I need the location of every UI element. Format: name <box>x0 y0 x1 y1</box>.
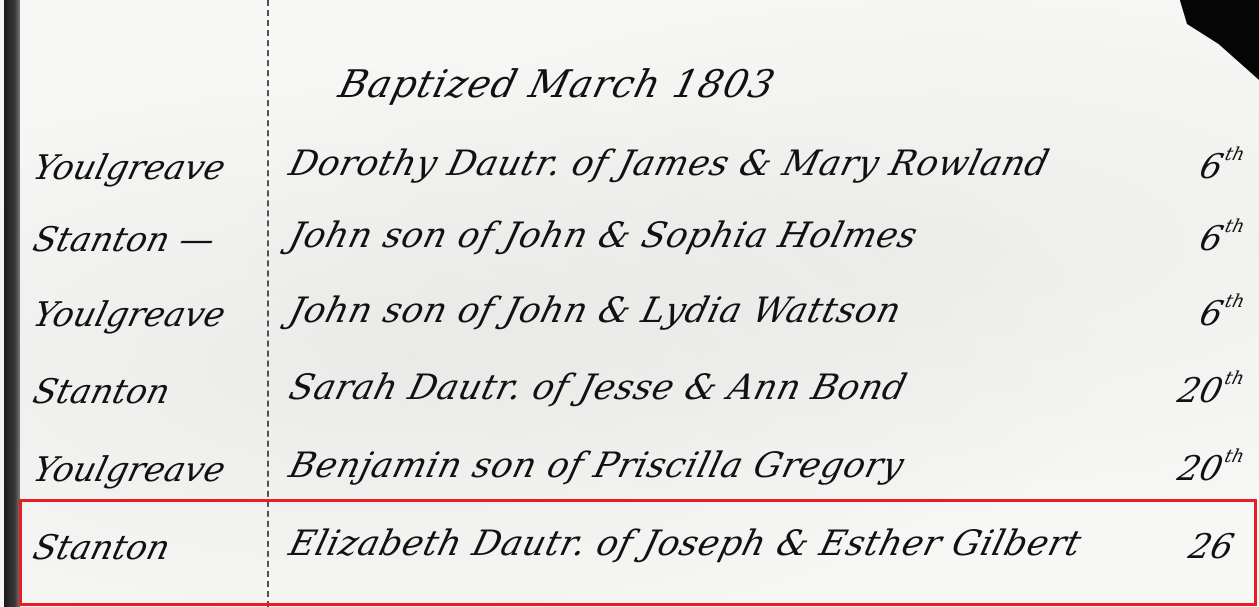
day-number: 20 <box>1174 371 1227 411</box>
entry-record: John son of John & Sophia Holmes <box>285 216 922 256</box>
day-suffix: th <box>1222 368 1246 389</box>
entry-place: Stanton <box>29 528 174 568</box>
entry-place: Youlgreave <box>29 148 229 188</box>
entry-place: Stanton — <box>29 220 219 260</box>
entry-record: Benjamin son of Priscilla Gregory <box>285 446 908 486</box>
entry-day: 6th <box>1195 144 1246 187</box>
entry-day: 20th <box>1174 368 1247 411</box>
entry-day: 6th <box>1195 291 1246 334</box>
entry-place: Stanton <box>29 372 174 412</box>
entry-row: Youlgreave John son of John & Lydia Watt… <box>0 285 1259 357</box>
entry-row: Youlgreave Benjamin son of Priscilla Gre… <box>0 440 1259 512</box>
entry-day: 20th <box>1174 446 1247 489</box>
entry-row: Youlgreave Dorothy Dautr. of James & Mar… <box>0 138 1259 210</box>
day-number: 26 <box>1184 527 1237 567</box>
entry-record: Dorothy Dautr. of James & Mary Rowland <box>285 144 1053 184</box>
register-page: Baptized March 1803 Youlgreave Dorothy D… <box>0 0 1259 607</box>
day-number: 6 <box>1195 147 1227 187</box>
entry-day: 26 <box>1184 524 1238 567</box>
entry-place: Youlgreave <box>29 450 229 490</box>
register-heading: Baptized March 1803 <box>335 62 780 106</box>
day-number: 6 <box>1195 219 1227 259</box>
entry-place: Youlgreave <box>29 295 229 335</box>
day-suffix: th <box>1222 446 1246 467</box>
entry-record: Sarah Dautr. of Jesse & Ann Bond <box>285 368 911 408</box>
day-number: 6 <box>1195 294 1227 334</box>
entry-row: Stanton — John son of John & Sophia Holm… <box>0 210 1259 282</box>
entry-record: Elizabeth Dautr. of Joseph & Esther Gilb… <box>285 524 1085 564</box>
entry-record: John son of John & Lydia Wattson <box>285 291 905 331</box>
entry-row-highlighted: Stanton Elizabeth Dautr. of Joseph & Est… <box>0 518 1259 590</box>
page-corner-shadow <box>1169 0 1259 80</box>
entry-row: Stanton Sarah Dautr. of Jesse & Ann Bond… <box>0 362 1259 434</box>
entry-day: 6th <box>1195 216 1246 259</box>
day-number: 20 <box>1174 449 1227 489</box>
